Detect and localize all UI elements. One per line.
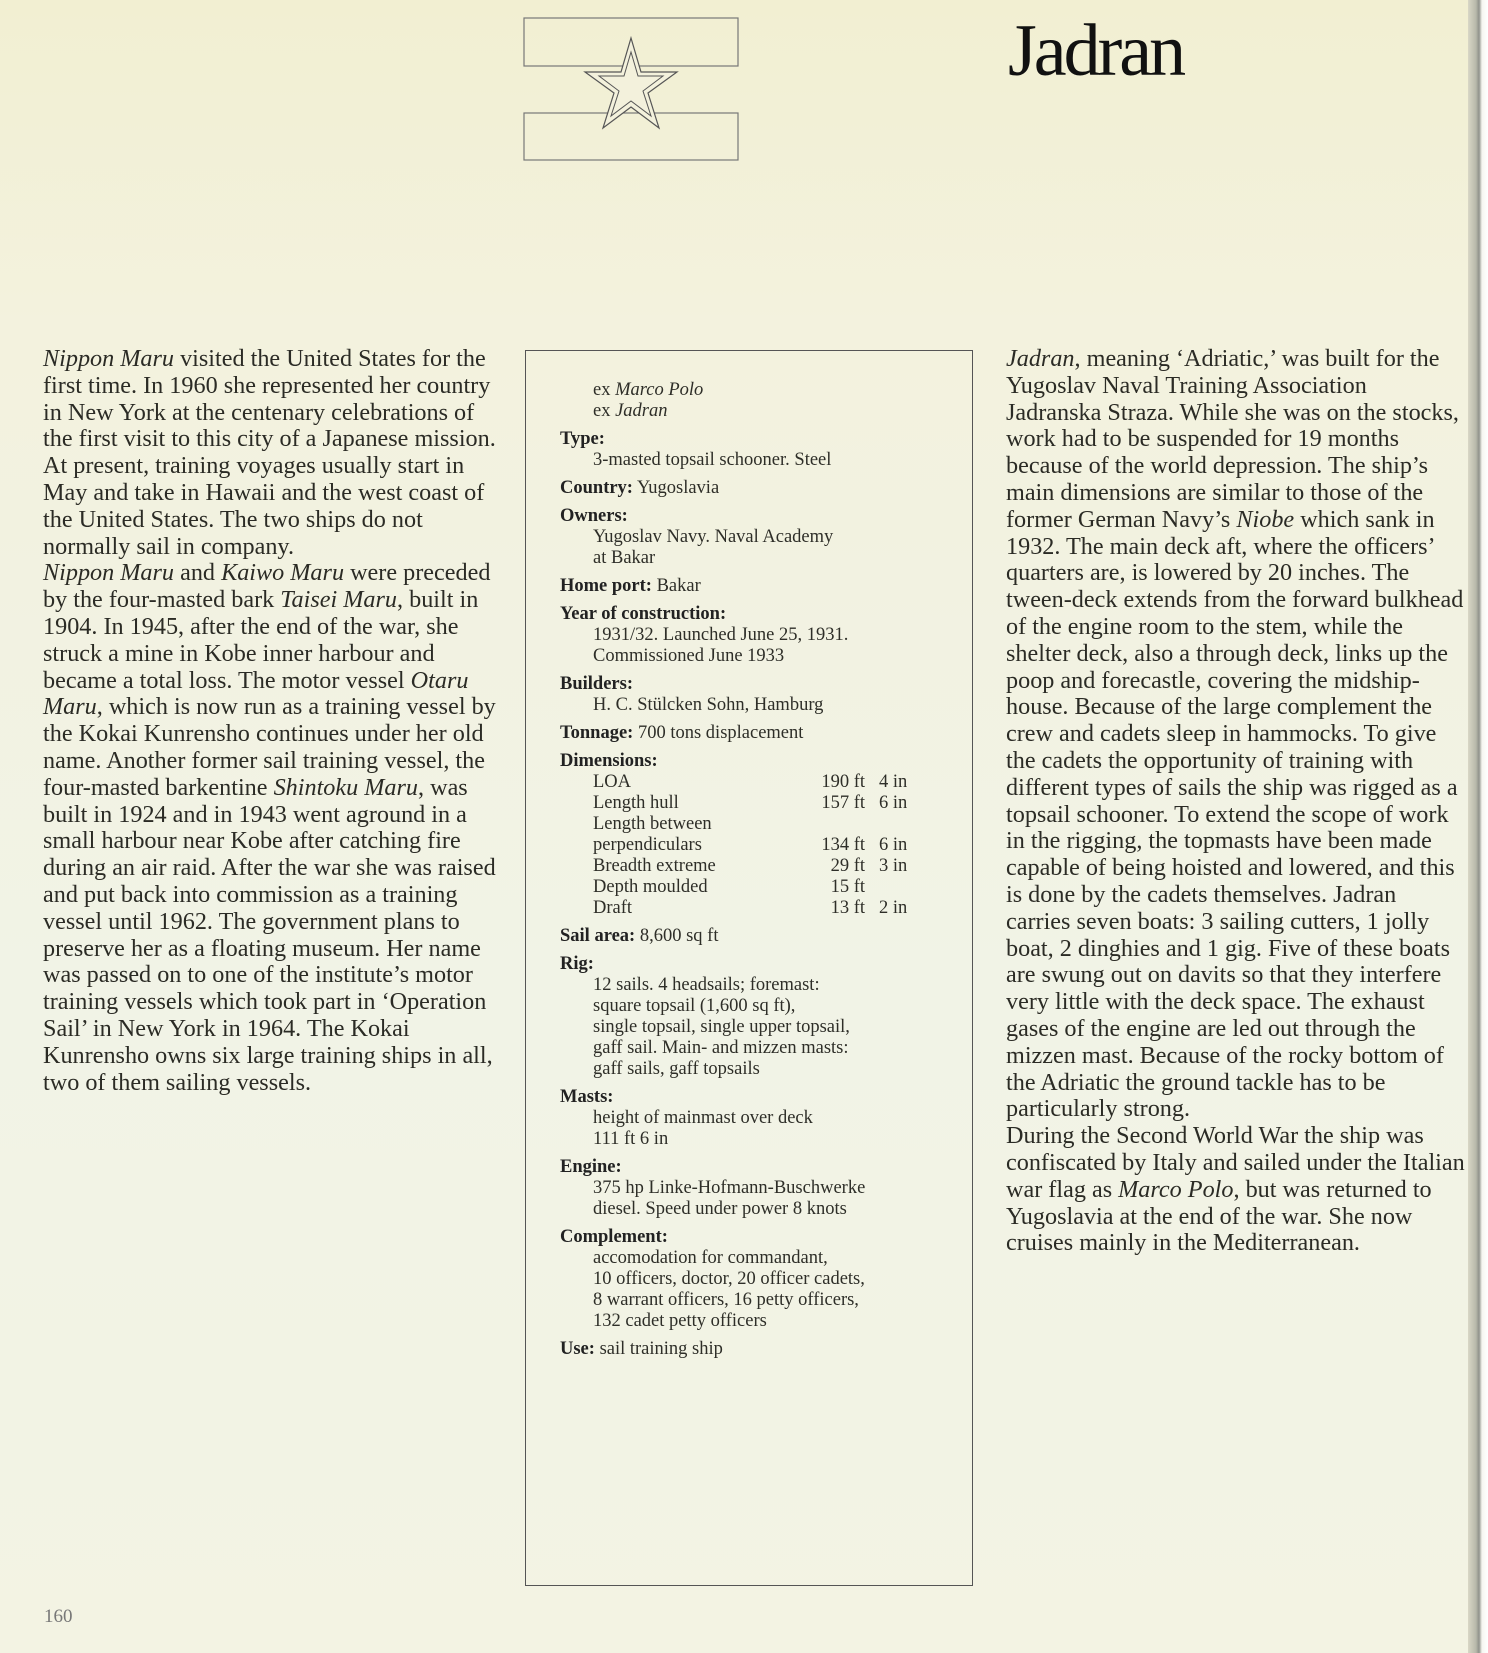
- dimension-row: Breadth extreme29 ft3 in: [560, 856, 960, 877]
- dimension-row: Depth moulded15 ft: [560, 877, 960, 898]
- spec-complement: Complement: accomodation for commandant,…: [560, 1227, 960, 1332]
- dimension-row: LOA190 ft4 in: [560, 772, 960, 793]
- spec-owners: Owners: Yugoslav Navy. Naval Academy at …: [560, 506, 960, 569]
- paragraph: Nippon Maru visited the United States fo…: [43, 346, 503, 560]
- dimension-row: Draft13 ft2 in: [560, 898, 960, 919]
- dimension-row: perpendiculars134 ft6 in: [560, 835, 960, 856]
- spec-tonnage: Tonnage: 700 tons displacement: [560, 723, 960, 744]
- dimension-row: Length hull157 ft6 in: [560, 793, 960, 814]
- yugoslav-flag-star-icon: [522, 16, 740, 162]
- spec-masts: Masts: height of mainmast over deck 111 …: [560, 1087, 960, 1150]
- spec-year: Year of construction: 1931/32. Launched …: [560, 604, 960, 667]
- spec-type: Type: 3-masted topsail schooner. Steel: [560, 429, 960, 471]
- former-name: Jadran: [615, 401, 667, 421]
- spec-country: Country: Yugoslavia: [560, 478, 960, 499]
- dimension-row: Length between: [560, 814, 960, 835]
- spec-sail-area: Sail area: 8,600 sq ft: [560, 926, 960, 947]
- spec-dimensions: Dimensions: LOA190 ft4 in Length hull157…: [560, 751, 960, 919]
- former-names: ex Marco Polo ex Jadran: [560, 380, 960, 422]
- page-number: 160: [44, 1606, 73, 1628]
- spec-builders: Builders: H. C. Stülcken Sohn, Hamburg: [560, 674, 960, 716]
- book-gutter: [1468, 0, 1488, 1653]
- spec-rig: Rig: 12 sails. 4 headsails; foremast: sq…: [560, 954, 960, 1080]
- page-title: Jadran: [1008, 14, 1183, 88]
- spec-engine: Engine: 375 hp Linke-Hofmann-Buschwerke …: [560, 1157, 960, 1220]
- specs-panel: ex Marco Polo ex Jadran Type: 3-masted t…: [560, 380, 960, 1367]
- left-column-text: Nippon Maru visited the United States fo…: [43, 346, 503, 1096]
- right-column-text: Jadran, meaning ‘Adriatic,’ was built fo…: [1006, 346, 1466, 1257]
- former-name: Marco Polo: [615, 380, 703, 400]
- paragraph: During the Second World War the ship was…: [1006, 1123, 1466, 1257]
- spec-home-port: Home port: Bakar: [560, 576, 960, 597]
- paragraph: Jadran, meaning ‘Adriatic,’ was built fo…: [1006, 346, 1466, 1123]
- spec-use: Use: sail training ship: [560, 1339, 960, 1360]
- paragraph: Nippon Maru and Kaiwo Maru were preceded…: [43, 560, 503, 1096]
